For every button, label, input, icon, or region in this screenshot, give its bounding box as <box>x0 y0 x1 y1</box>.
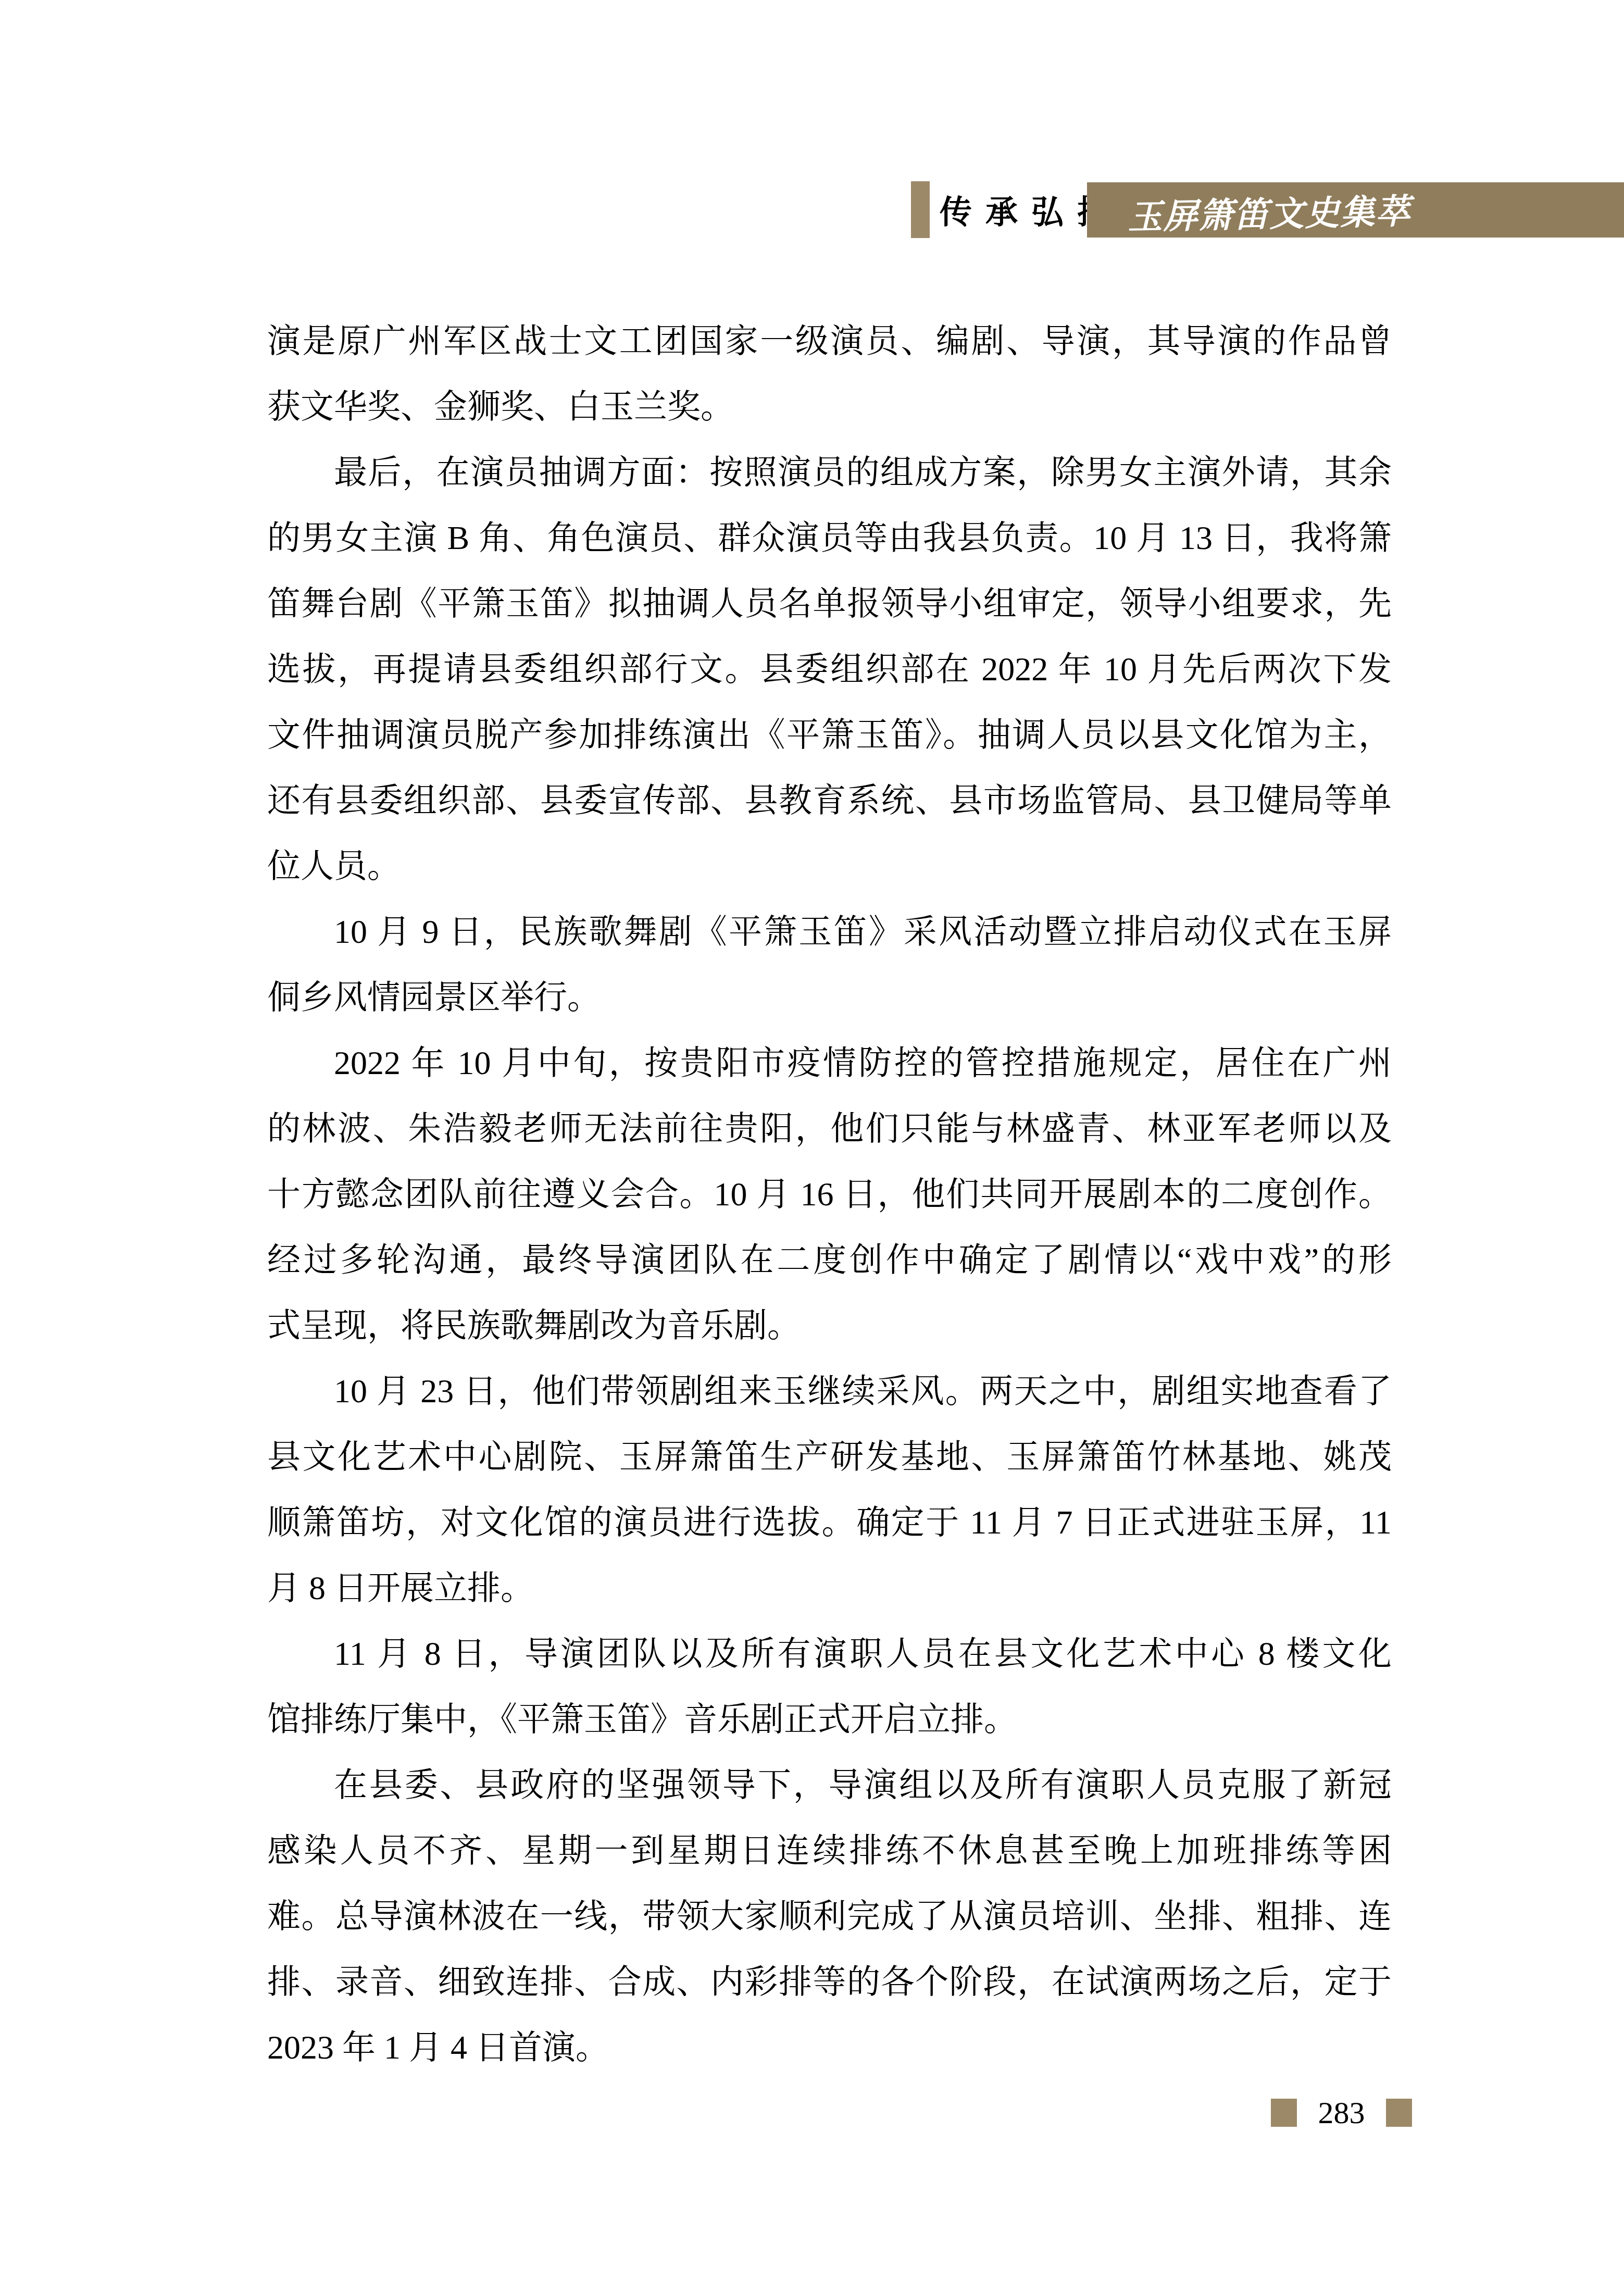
text-line: 文件抽调演员脱产参加排练演出《平箫玉笛》。抽调人员以县文化馆为主， <box>267 702 1392 768</box>
text-line: 侗乡风情园景区举行。 <box>267 965 1392 1030</box>
text-line: 2023 年 1 月 4 日首演。 <box>267 2015 1392 2080</box>
text-line: 最后，在演员抽调方面：按照演员的组成方案，除男女主演外请，其余 <box>267 440 1392 505</box>
footer-right-square <box>1386 2099 1412 2127</box>
text-line: 10 月 9 日，民族歌舞剧《平箫玉笛》采风活动暨立排启动仪式在玉屏 <box>267 899 1392 965</box>
text-line: 十方懿念团队前往遵义会合。10 月 16 日，他们共同开展剧本的二度创作。 <box>267 1162 1392 1227</box>
text-line: 月 8 日开展立排。 <box>267 1555 1392 1621</box>
page-number: 283 <box>1318 2099 1365 2127</box>
text-line: 选拔，再提请县委组织部行文。县委组织部在 2022 年 10 月先后两次下发 <box>267 637 1392 702</box>
page-body-text: 演是原广州军区战士文工团国家一级演员、编剧、导演，其导演的作品曾 获文华奖、金狮… <box>267 308 1392 2080</box>
text-line: 排、录音、细致连排、合成、内彩排等的各个阶段，在试演两场之后，定于 <box>267 1949 1392 2015</box>
text-line: 馆排练厅集中，《平箫玉笛》音乐剧正式开启立排。 <box>267 1687 1392 1752</box>
text-line: 2022 年 10 月中旬，按贵阳市疫情防控的管控措施规定，居住在广州 <box>267 1030 1392 1096</box>
text-line: 笛舞台剧《平箫玉笛》拟抽调人员名单报领导小组审定，领导小组要求，先 <box>267 571 1392 637</box>
text-line: 11 月 8 日，导演团队以及所有演职人员在县文化艺术中心 8 楼文化 <box>267 1621 1392 1687</box>
text-line: 难。总导演林波在一线，带领大家顺利完成了从演员培训、坐排、粗排、连 <box>267 1884 1392 1949</box>
text-line: 的林波、朱浩毅老师无法前往贵阳，他们只能与林盛青、林亚军老师以及 <box>267 1096 1392 1162</box>
text-line: 位人员。 <box>267 833 1392 899</box>
text-line: 10 月 23 日，他们带领剧组来玉继续采风。两天之中，剧组实地查看了 <box>267 1358 1392 1424</box>
footer-left-square <box>1271 2099 1297 2127</box>
text-line: 县文化艺术中心剧院、玉屏箫笛生产研发基地、玉屏箫笛竹林基地、姚茂 <box>267 1424 1392 1490</box>
text-line: 还有县委组织部、县委宣传部、县教育系统、县市场监管局、县卫健局等单 <box>267 768 1392 833</box>
text-line: 顺箫笛坊，对文化馆的演员进行选拔。确定于 11 月 7 日正式进驻玉屏，11 <box>267 1490 1392 1555</box>
text-line: 演是原广州军区战士文工团国家一级演员、编剧、导演，其导演的作品曾 <box>267 308 1392 374</box>
text-line: 在县委、县政府的坚强领导下，导演组以及所有演职人员克服了新冠 <box>267 1752 1392 1818</box>
text-line: 的男女主演 B 角、角色演员、群众演员等由我县负责。10 月 13 日，我将箫 <box>267 505 1392 571</box>
book-page: 传承弘扬 玉屏箫笛文史集萃 演是原广州军区战士文工团国家一级演员、编剧、导演，其… <box>0 0 1624 2269</box>
header-banner: 玉屏箫笛文史集萃 <box>1087 182 1624 238</box>
text-line: 感染人员不齐、星期一到星期日连续排练不休息甚至晚上加班排练等困 <box>267 1818 1392 1884</box>
header-accent-bar <box>911 181 930 238</box>
text-line: 经过多轮沟通，最终导演团队在二度创作中确定了剧情以“戏中戏”的形 <box>267 1227 1392 1293</box>
page-footer: 283 <box>1271 2099 1412 2127</box>
text-line: 式呈现，将民族歌舞剧改为音乐剧。 <box>267 1293 1392 1358</box>
header-banner-calligraphy-title: 玉屏箫笛文史集萃 <box>1127 183 1411 239</box>
text-line: 获文华奖、金狮奖、白玉兰奖。 <box>267 374 1392 440</box>
